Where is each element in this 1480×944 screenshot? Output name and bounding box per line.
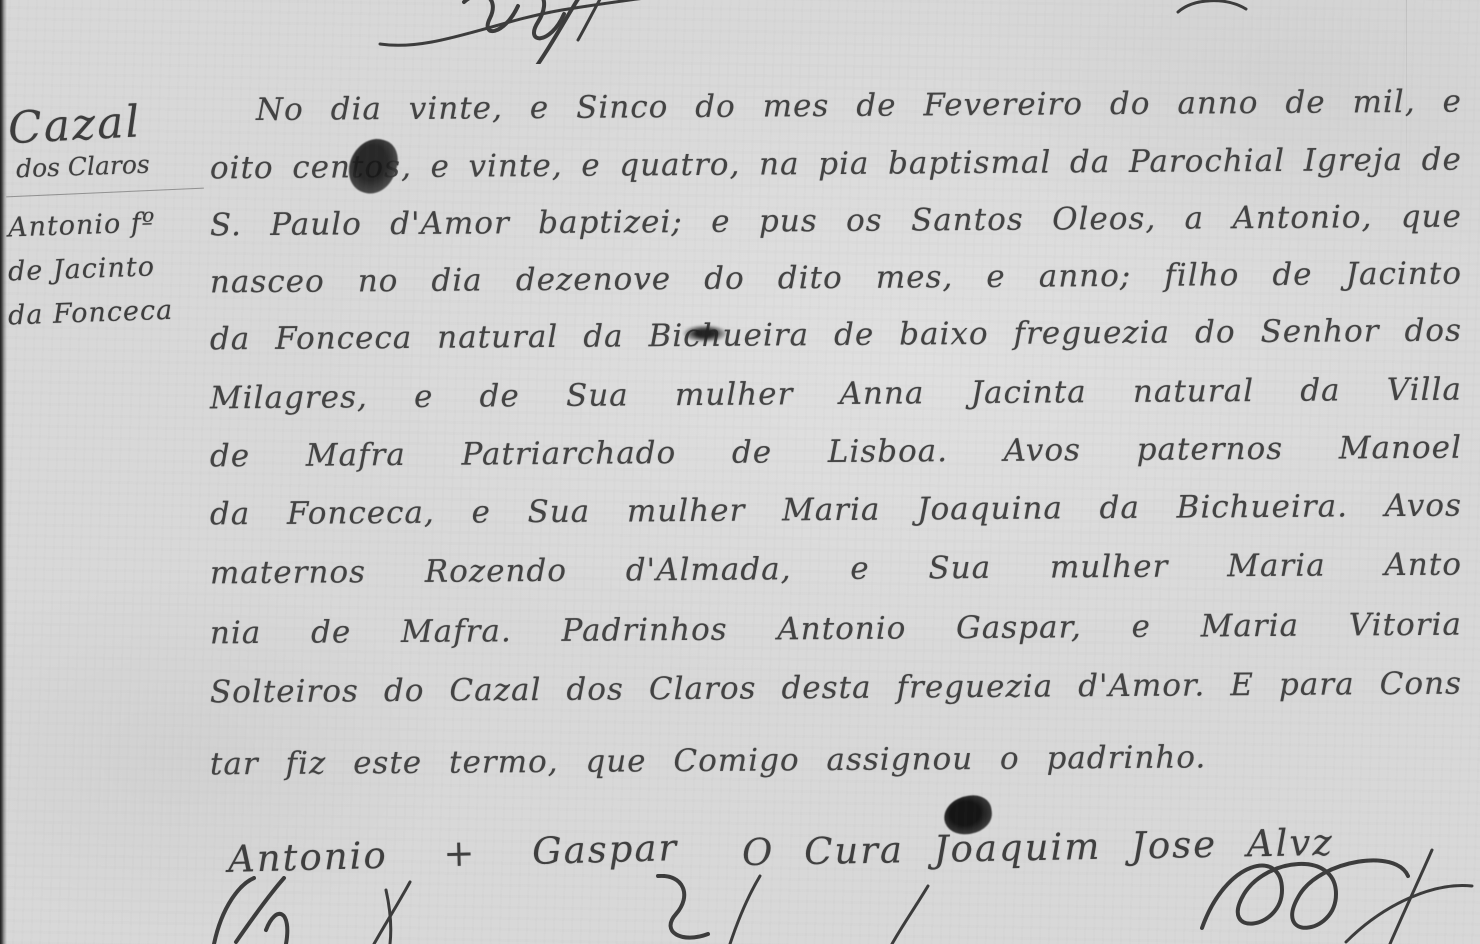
record-line: da Fonceca, e Sua mulher Maria Joaquina … [210,488,1462,553]
godfather-signature: Antonio + Gaspar [228,826,679,881]
margin-annotation: Cazal dos Claros Antonio fº de Jacinto d… [8,98,208,335]
bottom-cutoff-slash [884,884,938,944]
record-line: Solteiros do Cazal dos Claros desta freg… [210,666,1462,731]
record-line: nasceo no dia dezenove do dito mes, e an… [210,256,1462,321]
priest-rubric-flourish [1196,842,1476,944]
bottom-cutoff-loop [580,874,790,944]
bottom-cutoff-initial-N [196,876,326,944]
margin-person-line2: de Jacinto [7,244,208,295]
margin-place-name-line1: Cazal [7,93,209,154]
scanned-manuscript-page: Cazal dos Claros Antonio fº de Jacinto d… [0,0,1480,944]
ink-smudge [683,325,727,342]
record-line: Milagres, e de Sua mulher Anna Jacinta n… [210,372,1462,437]
top-cutoff-signature-flourish [372,0,702,64]
paper-fold-line [1406,0,1407,240]
margin-person-line1: Antonio fº [7,200,208,251]
margin-divider-rule [6,188,204,198]
record-line: nia de Mafra. Padrinhos Antonio Gaspar, … [210,607,1462,672]
record-line: maternos Rozendo d'Almada, e Sua mulher … [210,547,1462,612]
top-right-cutoff-stroke [1176,0,1250,16]
margin-place-name-line2: dos Claros [16,148,209,184]
record-line: de Mafra Patriarchado de Lisboa. Avos pa… [210,430,1462,495]
record-line: No dia vinte, e Sinco do mes de Fevereir… [210,84,1462,149]
record-line: oito centos, e vinte, e quatro, na pia b… [210,142,1462,207]
record-line: da Fonceca natural da Bichueira de baixo… [210,313,1462,378]
bottom-cutoff-stroke [366,880,426,944]
margin-person-line3: da Fonceca [7,288,208,339]
record-line: tar fiz este termo, que Comigo assignou … [210,738,1462,803]
scan-edge-shadow [0,0,7,944]
record-line: S. Paulo d'Amor baptizei; e pus os Santo… [210,199,1462,264]
